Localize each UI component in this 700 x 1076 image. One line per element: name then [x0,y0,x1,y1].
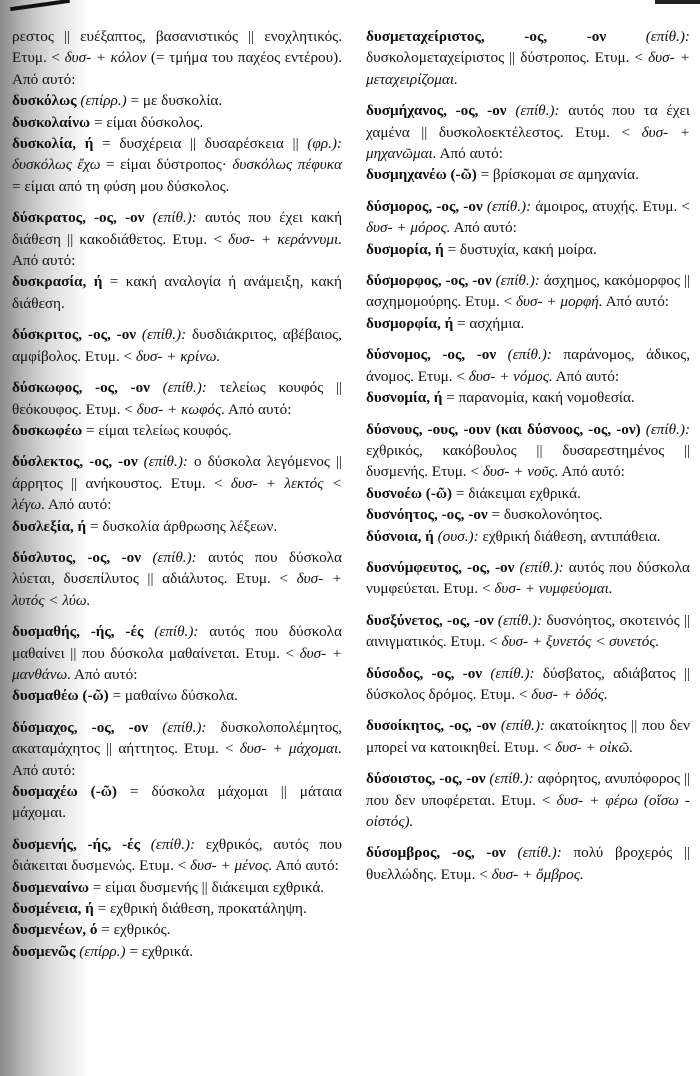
sub-entries: δυσνομία, ή = παρανομία, κακή νομοθεσία. [366,387,690,408]
definition: = δυσκολονόητος. [488,506,603,523]
sub-entry: δυσμενῶς (επίρρ.) = εχθρικά. [12,941,342,962]
right-entries: δυσμεταχείριστος, -ος, -ον (επίθ.): δυσκ… [366,26,690,885]
dictionary-column-right: δυσμεταχείριστος, -ος, -ον (επίθ.): δυσκ… [366,26,690,895]
part-of-speech: (επίθ.): [506,844,562,861]
etymology: δυσ- + ὄμβρος. [492,866,584,883]
part-of-speech: (επίθ.): [514,559,563,576]
sub-headword: δυσκολαίνω [12,114,90,131]
definition: = παρανομία, κακή νομοθεσία. [442,389,634,406]
dictionary-entry: δύσοδος, -ος, -ον (επίθ.): δύσβατος, αδι… [366,663,690,706]
sub-headword: δυσλεξία, ή [12,518,86,535]
etymology: δυσ- + μένος. [190,857,272,874]
dictionary-entry: δυσοίκητος, -ος, -ον (επίθ.): ακατοίκητο… [366,715,690,758]
sub-headword: δυσνόητος, -ος, -ον [366,506,488,523]
part-of-speech: (επίρρ.) [77,92,127,109]
definition: = είμαι δύστροπος· [100,156,232,173]
part-of-speech: (επίθ.): [494,612,543,629]
page-corner-rule [10,0,70,11]
sub-entry: δυσκρασία, ή = κακή αναλογία ή ανάμειξη,… [12,271,342,314]
part-of-speech: (επίθ.): [641,421,690,438]
headword: δύσλεκτος, -ος, -ον [12,453,138,470]
phrase: δυσκόλως πέφυκα [232,156,342,173]
sub-entry: δυσμεναίνω = είμαι δυσμενής || διάκειμαι… [12,877,342,898]
sub-headword: δυσκωφέω [12,422,82,439]
headword: δύσλυτος, -ος, -ον [12,549,141,566]
dictionary-entry: δυσμεταχείριστος, -ος, -ον (επίθ.): δυσκ… [366,26,690,90]
part-of-speech: (επίθ.): [496,346,552,363]
dictionary-entry: δυσμήχανος, -ος, -ον (επίθ.): αυτός που … [366,100,690,186]
dictionary-entry: δύσνους, -ους, -ουν (και δύσνοος, -ος, -… [366,419,690,547]
entry-tail: Από αυτό: [559,463,625,480]
sub-headword: δυσμενέων, ό [12,921,97,938]
sub-entry: δυσκωφέω = είμαι τελείως κουφός. [12,420,342,441]
definition: = είμαι τελείως κουφός. [82,422,231,439]
etymology: δυσ- + μόρος. [366,219,450,236]
definition: = μαθαίνω δύσκολα. [109,687,238,704]
sub-headword: δυσμηχανέω (-ῶ) [366,166,477,183]
definition: = εχθρικός. [97,921,170,938]
sub-headword: δυσμορία, ή [366,241,444,258]
page-corner-rule [655,0,700,4]
part-of-speech: (επίθ.): [606,28,690,45]
part-of-speech: (επίθ.): [496,717,545,734]
dictionary-entry: δύσκρατος, -ος, -ον (επίθ.): αυτός που έ… [12,207,342,314]
sub-headword: δυσμενῶς [12,943,75,960]
etymology: δυσ- + νυμφεύομαι. [494,580,612,597]
headword: δυσνύμφευτος, -ος, -ον [366,559,514,576]
definition: = διάκειμαι εχθρικά. [452,485,581,502]
etymology: δυσ- + νοῦς. [483,463,559,480]
sub-headword: δύσνοια, ή [366,528,434,545]
part-of-speech: (επίθ.): [486,770,534,787]
etymology: δυσ- + οἰκῶ. [555,739,633,756]
headword: δυσμαθής, -ής, -ές [12,623,143,640]
entry-tail: Από αυτό: [12,252,75,269]
sub-entries: δυσνοέω (-ῶ) = διάκειμαι εχθρικά. δυσνόη… [366,483,690,547]
entry-tail: Από αυτό: [225,401,291,418]
dictionary-entry: δύσμορος, -ος, -ον (επίθ.): άμοιρος, ατυ… [366,196,690,260]
sub-entries: δυσμεναίνω = είμαι δυσμενής || διάκειμαι… [12,877,342,963]
headword: δύσομβρος, -ος, -ον [366,844,506,861]
headword: δύσμαχος, -ος, -ον [12,719,148,736]
sub-entries: δυσμορία, ή = δυστυχία, κακή μοίρα. [366,239,690,260]
sub-entry: δυσκολαίνω = είμαι δύσκολος. [12,112,342,133]
definition: = δυστυχία, κακή μοίρα. [444,241,597,258]
sub-entry: δυσκόλως (επίρρ.) = με δυσκολία. [12,90,342,111]
headword: δύσνομος, -ος, -ον [366,346,496,363]
definition: = είμαι δυσμενής || διάκειμαι εχθρικά. [89,879,324,896]
sub-entries: δυσκωφέω = είμαι τελείως κουφός. [12,420,342,441]
part-of-speech: (επίθ.): [138,453,188,470]
headword: δύσμορος, -ος, -ον [366,198,483,215]
definition: = βρίσκομαι σε αμηχανία. [477,166,639,183]
etymology: δυσ- + κωφός. [137,401,225,418]
dictionary-entry: δυσμενής, -ής, -ές (επίθ.): εχθρικός, αυ… [12,834,342,962]
part-of-speech: (επίθ.): [141,549,197,566]
headword: δύσοδος, -ος, -ον [366,665,482,682]
headword: δύσοιστος, -ος, -ον [366,770,486,787]
etymology: δυσ- + νόμος. [469,368,553,385]
entry-tail: Από αυτό: [553,368,619,385]
etymology: δυσ- + ξυνετός < συνετός. [502,633,660,650]
headword: δυσμεταχείριστος, -ος, -ον [366,28,606,45]
sub-headword: δυσκόλως [12,92,77,109]
dictionary-entry: δυσμαθής, -ής, -ές (επίθ.): αυτός που δύ… [12,621,342,707]
definition: = εχθρική διάθεση, προκατάληψη. [94,900,307,917]
sub-entry: δυσλεξία, ή = δυσκολία άρθρωσης λέξεων. [12,516,342,537]
headword: δύσμορφος, -ος, -ον [366,272,492,289]
sub-headword: δυσμαθέω (-ῶ) [12,687,109,704]
dictionary-entry: δύσμορφος, -ος, -ον (επίθ.): άσχημος, κα… [366,270,690,334]
entry-tail: Από αυτό: [272,857,338,874]
entry-tail: Από αυτό: [450,219,516,236]
definition: εχθρική διάθεση, αντιπάθεια. [479,528,661,545]
dictionary-column-left: ρεστος || ευέξαπτος, βασανιστικός || ενο… [12,26,342,972]
sub-entry: δυσνομία, ή = παρανομία, κακή νομοθεσία. [366,387,690,408]
sub-entries: δυσλεξία, ή = δυσκολία άρθρωσης λέξεων. [12,516,342,537]
headword: δύσκωφος, -ος, -ον [12,379,150,396]
sub-headword: δυσμένεια, ή [12,900,94,917]
part-of-speech: (επίθ.): [140,836,195,853]
entry-tail: Από αυτό: [71,666,137,683]
etymology: δυσ- + κεράννυμι. [228,231,342,248]
sub-headword: δυσκολία, ή [12,135,93,152]
part-of-speech: (επίθ.): [482,665,534,682]
dictionary-entry: δύσκωφος, -ος, -ον (επίθ.): τελείως κουφ… [12,377,342,441]
sub-entry: δυσμενέων, ό = εχθρικός. [12,919,342,940]
definition: = δυσχέρεια || δυσαρέσκεια || [93,135,307,152]
sub-entry: δυσμορία, ή = δυστυχία, κακή μοίρα. [366,239,690,260]
etymology: δυσ- + κρίνω. [136,348,220,365]
dictionary-entry: δύσκριτος, -ος, -ον (επίθ.): δυσδιάκριτο… [12,324,342,367]
sub-entry: δυσνοέω (-ῶ) = διάκειμαι εχθρικά. [366,483,690,504]
part-of-speech: (επίθ.): [507,102,560,119]
headword: δυσξύνετος, -ος, -ον [366,612,494,629]
headword: δυσμενής, -ής, -ές [12,836,140,853]
definition: = ασχήμια. [453,315,524,332]
dictionary-entry: δύσλεκτος, -ος, -ον (επίθ.): ο δύσκολα λ… [12,451,342,537]
definition: = με δυσκολία. [127,92,222,109]
dictionary-entry: δύσνομος, -ος, -ον (επίθ.): παράνομος, ά… [366,344,690,408]
part-of-speech: (επίθ.): [150,379,207,396]
dictionary-entry: δύσομβρος, -ος, -ον (επίθ.): πολύ βροχερ… [366,842,690,885]
sub-entry: δύσνοια, ή (ουσ.): εχθρική διάθεση, αντι… [366,526,690,547]
dictionary-entry: δύσμαχος, -ος, -ον (επίθ.): δυσκολοπολέμ… [12,717,342,824]
dictionary-entry: δυσνύμφευτος, -ος, -ον (επίθ.): αυτός πο… [366,557,690,600]
definition: = δυσκολία άρθρωσης λέξεων. [86,518,277,535]
part-of-speech: (επίθ.): [492,272,540,289]
headword: δύσκριτος, -ος, -ον [12,326,136,343]
sub-entry: δυσμορφία, ή = ασχήμια. [366,313,690,334]
entry-tail: Από αυτό: [603,293,669,310]
headword: δυσοίκητος, -ος, -ον [366,717,496,734]
sub-entries: δυσμαθέω (-ῶ) = μαθαίνω δύσκολα. [12,685,342,706]
headword: δύσνους, -ους, -ουν (και δύσνοος, -ος, -… [366,421,641,438]
sub-headword: δυσμαχέω (-ῶ) [12,783,117,800]
etymology: δυσ- + μάχομαι. [240,740,342,757]
definition: δυσκολομεταχείριστος || δύστροπος. Ετυμ.… [366,49,648,66]
part-of-speech: (επίθ.): [143,623,198,640]
sub-entry: δυσμαχέω (-ῶ) = δύσκολα μάχομαι || μάται… [12,781,342,824]
sub-headword: δυσκρασία, ή [12,273,102,290]
headword: δυσμήχανος, -ος, -ον [366,102,507,119]
etymology: δυσ- + μορφή. [516,293,603,310]
left-entries: δύσκρατος, -ος, -ον (επίθ.): αυτός που έ… [12,207,342,962]
sub-entry: δυσκολία, ή = δυσχέρεια || δυσαρέσκεια |… [12,133,342,197]
part-of-speech: (επίθ.): [136,326,186,343]
definition: = εχθρικά. [126,943,194,960]
definition: άμοιρος, ατυχής. Ετυμ. < [531,198,690,215]
sub-entries: δυσμηχανέω (-ῶ) = βρίσκομαι σε αμηχανία. [366,164,690,185]
sub-entries: δυσκρασία, ή = κακή αναλογία ή ανάμειξη,… [12,271,342,314]
definition: = είμαι από τη φύση μου δύσκολος. [12,178,229,195]
sub-entries: δυσμαχέω (-ῶ) = δύσκολα μάχομαι || μάται… [12,781,342,824]
entry-tail: Από αυτό: [12,762,75,779]
entry-tail: Από αυτό: [45,496,111,513]
sub-entry: δυσμαθέω (-ῶ) = μαθαίνω δύσκολα. [12,685,342,706]
sub-entry: δυσμηχανέω (-ῶ) = βρίσκομαι σε αμηχανία. [366,164,690,185]
etymology: δυσ- + ὁδός. [531,686,608,703]
definition: = είμαι δύσκολος. [90,114,203,131]
etymology: δυσ- + κόλον [65,49,147,66]
sub-entry: δυσνόητος, -ος, -ον = δυσκολονόητος. [366,504,690,525]
part-of-speech: (επίθ.): [483,198,531,215]
sub-headword: δυσμορφία, ή [366,315,453,332]
dictionary-entry: δυσξύνετος, -ος, -ον (επίθ.): δυσνόητος,… [366,610,690,653]
part-of-speech: (επίθ.): [144,209,196,226]
headword: δύσκρατος, -ος, -ον [12,209,144,226]
part-of-speech: (ουσ.): [434,528,479,545]
part-of-speech: (επίρρ.) [75,943,125,960]
continued-entry: ρεστος || ευέξαπτος, βασανιστικός || ενο… [12,26,342,197]
sub-headword: δυσνομία, ή [366,389,442,406]
sub-headword: δυσμεναίνω [12,879,89,896]
sub-headword: δυσνοέω (-ῶ) [366,485,452,502]
sub-entry: δυσμένεια, ή = εχθρική διάθεση, προκατάλ… [12,898,342,919]
entry-tail: Από αυτό: [437,145,503,162]
dictionary-entry: δύσοιστος, -ος, -ον (επίθ.): αφόρητος, α… [366,768,690,832]
part-of-speech: (επίθ.): [148,719,206,736]
dictionary-entry: δύσλυτος, -ος, -ον (επίθ.): αυτός που δύ… [12,547,342,611]
sub-entries: δυσμορφία, ή = ασχήμια. [366,313,690,334]
